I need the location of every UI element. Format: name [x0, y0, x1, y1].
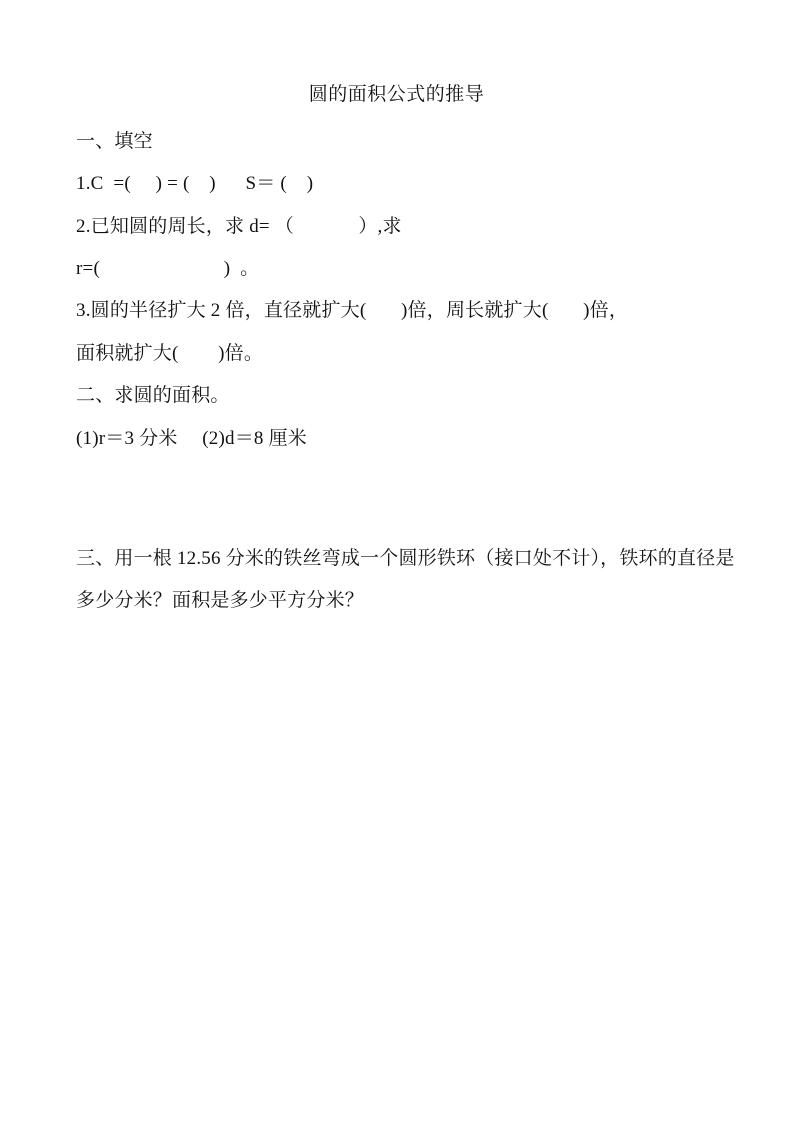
worksheet-page: 圆的面积公式的推导 一、填空 1.C =( ) = ( ) S＝ ( ) 2.已… [0, 0, 793, 1122]
section3-line-1: 三、用一根 12.56 分米的铁丝弯成一个圆形铁环（接口处不计），铁环的直径是 [76, 547, 753, 570]
question-3-line-2: 面积就扩大( )倍。 [76, 342, 753, 365]
section2-question-line: (1)r＝3 分米 (2)d＝8 厘米 [76, 427, 753, 450]
question-3-line-1: 3.圆的半径扩大 2 倍，直径就扩大( )倍，周长就扩大( )倍， [76, 299, 753, 322]
section1-heading: 一、填空 [76, 130, 753, 153]
question-1-fill-blank: 1.C =( ) = ( ) S＝ ( ) [76, 172, 753, 195]
question-2-line-1: 2.已知圆的周长，求 d= （ ）,求 [76, 215, 753, 238]
page-title: 圆的面积公式的推导 [0, 83, 793, 106]
section2-heading: 二、求圆的面积。 [76, 384, 753, 407]
question-2-line-2: r=( ) 。 [76, 257, 753, 280]
section3-line-2: 多少分米？面积是多少平方分米？ [76, 589, 753, 612]
